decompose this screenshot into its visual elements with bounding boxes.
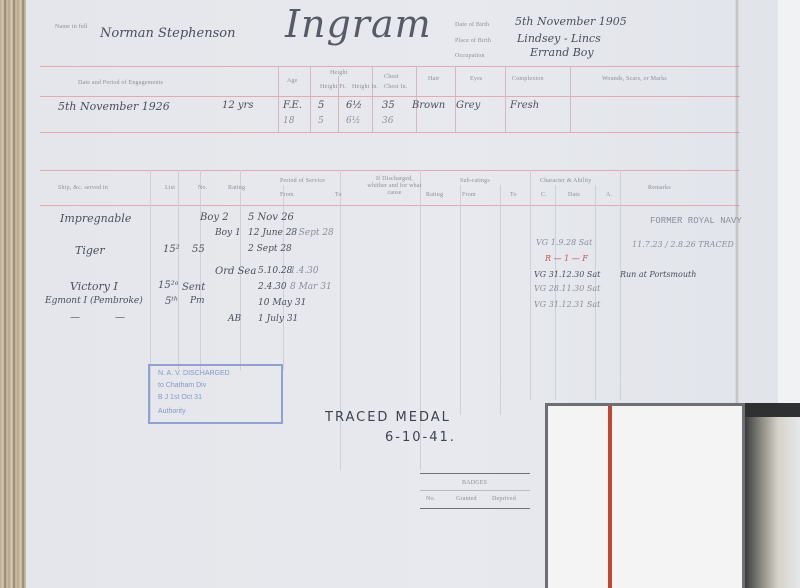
- col-eyes: Eyes: [470, 76, 482, 82]
- rating: Boy 1: [215, 228, 241, 238]
- stamp-line-4: Authority: [158, 408, 186, 415]
- badges-table: BADGES No. Granted Deprived: [420, 473, 530, 509]
- col-divider: [416, 66, 417, 132]
- birth-place-label: Place of Birth: [455, 38, 491, 44]
- rule: [40, 132, 740, 133]
- list: 15²: [163, 244, 180, 255]
- rule: [420, 490, 530, 491]
- discharge-stamp: N. A. V. DISCHARGED to Chatham Div B J 1…: [148, 364, 283, 424]
- col-height-in: Height In.: [352, 84, 378, 90]
- character: VG 28.11.30 Sat: [534, 284, 600, 293]
- rule: [40, 170, 740, 171]
- from: 2.4.30: [258, 282, 287, 292]
- col-date: Date: [568, 192, 580, 198]
- birth-date-label: Date of Birth: [455, 22, 489, 28]
- surname: Ingram: [285, 2, 432, 46]
- col-divider: [200, 170, 201, 370]
- col-list: List: [165, 185, 175, 191]
- col-chest-in: Chest In.: [384, 84, 407, 90]
- list: 5ᵗʰ: [165, 296, 178, 307]
- character: VG 31.12.30 Sat: [534, 270, 600, 279]
- from: 5.10.28: [258, 266, 292, 276]
- ship: Impregnable: [60, 212, 131, 225]
- stamp-line-2: to Chatham Div: [158, 382, 206, 389]
- rule: [40, 205, 740, 206]
- col-height: Height: [330, 70, 348, 76]
- col-a: A.: [606, 192, 612, 198]
- ship: Victory I: [70, 280, 118, 293]
- engagement-eyes: Grey: [456, 100, 480, 111]
- from: 1 July 31: [258, 314, 298, 324]
- badges-col-no: No.: [426, 496, 435, 502]
- engagement-chest: 35: [382, 100, 395, 111]
- col-wounds: Wounds, Scars, or Marks: [602, 76, 667, 82]
- from: 2 Sept 28: [248, 244, 292, 254]
- col-rating: Rating: [228, 185, 245, 191]
- col-divider: [500, 185, 501, 415]
- col-remarks: Remarks: [648, 185, 671, 191]
- birth-place: Lindsey - Lincs: [517, 32, 601, 45]
- remarks: 11.7.23 / 2.8.26 TRACED: [632, 240, 734, 249]
- stamp-line-3: B J 1st Oct 31: [158, 394, 202, 401]
- badges-col-granted: Granted: [456, 496, 477, 502]
- col-divider: [530, 170, 531, 400]
- rule: [40, 96, 740, 97]
- col-to: To: [335, 192, 342, 198]
- forenames: Norman Stephenson: [100, 26, 235, 41]
- col-sub-ratings: Sub-ratings: [460, 178, 490, 184]
- col-from: From: [280, 192, 294, 198]
- col-chest: Chest: [384, 74, 399, 80]
- engagement-age-2: 18: [283, 116, 294, 126]
- engagement-age: F.E.: [283, 100, 302, 111]
- col-divider: [310, 66, 311, 132]
- to: 1.4.30: [290, 266, 319, 276]
- badges-title: BADGES: [462, 480, 487, 486]
- traced-medal-note: TRACED MEDAL: [325, 410, 451, 425]
- col-character: Character & Ability: [540, 178, 591, 184]
- col-engagement: Date and Period of Engagements: [78, 80, 163, 86]
- character: VG 31.12.31 Sat: [534, 300, 600, 309]
- ship: Egmont I (Pembroke): [45, 296, 143, 306]
- col-sub-rating: Rating: [426, 192, 443, 198]
- stamp-line-1: N. A. V. DISCHARGED: [158, 370, 230, 377]
- list: 15²ᵃ: [158, 280, 179, 291]
- occupation: Errand Boy: [530, 46, 594, 59]
- book-binding: [0, 0, 26, 588]
- col-age: Age: [287, 78, 298, 84]
- col-divider: [178, 170, 179, 370]
- ship: Tiger: [75, 244, 105, 257]
- to: 1 Sept 28: [290, 228, 334, 238]
- occupation-label: Occupation: [455, 53, 485, 59]
- engagement-chest-2: 36: [382, 116, 393, 126]
- col-divider: [460, 185, 461, 415]
- traced-medal-date: 6-10-41.: [385, 430, 456, 445]
- engagement-date: 5th November 1926: [58, 100, 170, 113]
- red-annotation: R — 1 — F: [545, 254, 588, 263]
- col-height-ft: Height Ft.: [320, 84, 346, 90]
- index-card: [545, 403, 745, 588]
- engagement-complexion: Fresh: [510, 100, 539, 111]
- col-discharged: If Discharged, whither and for what caus…: [367, 176, 422, 197]
- rating: AB: [228, 314, 241, 324]
- col-divider: [420, 170, 421, 470]
- rating: Ord Sea: [215, 266, 256, 277]
- birth-date: 5th November 1905: [515, 15, 627, 28]
- col-divider: [372, 66, 373, 132]
- no: 55: [192, 244, 205, 255]
- card-shadow: [745, 403, 800, 588]
- remarks: Run at Portsmouth: [620, 270, 696, 279]
- from: 10 May 31: [258, 298, 306, 308]
- col-c: C.: [541, 192, 547, 198]
- col-hair: Hair: [428, 76, 439, 82]
- no: Sent: [182, 282, 205, 293]
- card-shadow-top: [745, 403, 800, 417]
- from: 5 Nov 26: [248, 212, 294, 223]
- col-sub-from: From: [462, 192, 476, 198]
- col-divider: [620, 170, 621, 400]
- col-divider: [340, 170, 341, 470]
- character: VG 1.9.28 Sat: [536, 238, 592, 247]
- no: Pm: [190, 296, 205, 306]
- rule: [40, 66, 740, 67]
- col-divider: [455, 66, 456, 132]
- badges-col-deprived: Deprived: [492, 496, 516, 502]
- to: 8 Mar 31: [290, 282, 332, 292]
- list: —: [115, 312, 125, 323]
- col-divider: [570, 66, 571, 132]
- engagement-height-ft: 5: [318, 100, 324, 111]
- col-sub-to: To: [510, 192, 517, 198]
- remarks: FORMER ROYAL NAVY: [650, 216, 742, 226]
- col-no: No.: [198, 185, 207, 191]
- card-margin-line: [608, 406, 612, 588]
- col-divider: [278, 66, 279, 132]
- col-divider: [505, 66, 506, 132]
- col-complexion: Complexion: [512, 76, 544, 82]
- engagement-period: 12 yrs: [222, 100, 253, 111]
- name-label: Name in full: [55, 24, 88, 30]
- engagement-hair: Brown: [412, 100, 445, 111]
- rating: Boy 2: [200, 212, 229, 223]
- col-period: Period of Service: [280, 178, 325, 184]
- engagement-height-ft-2: 5: [318, 116, 324, 126]
- col-ship: Ship, &c. served in: [58, 185, 108, 191]
- ship: —: [70, 312, 80, 323]
- engagement-height-in-2: 6½: [346, 116, 360, 126]
- engagement-height-in: 6½: [346, 100, 362, 111]
